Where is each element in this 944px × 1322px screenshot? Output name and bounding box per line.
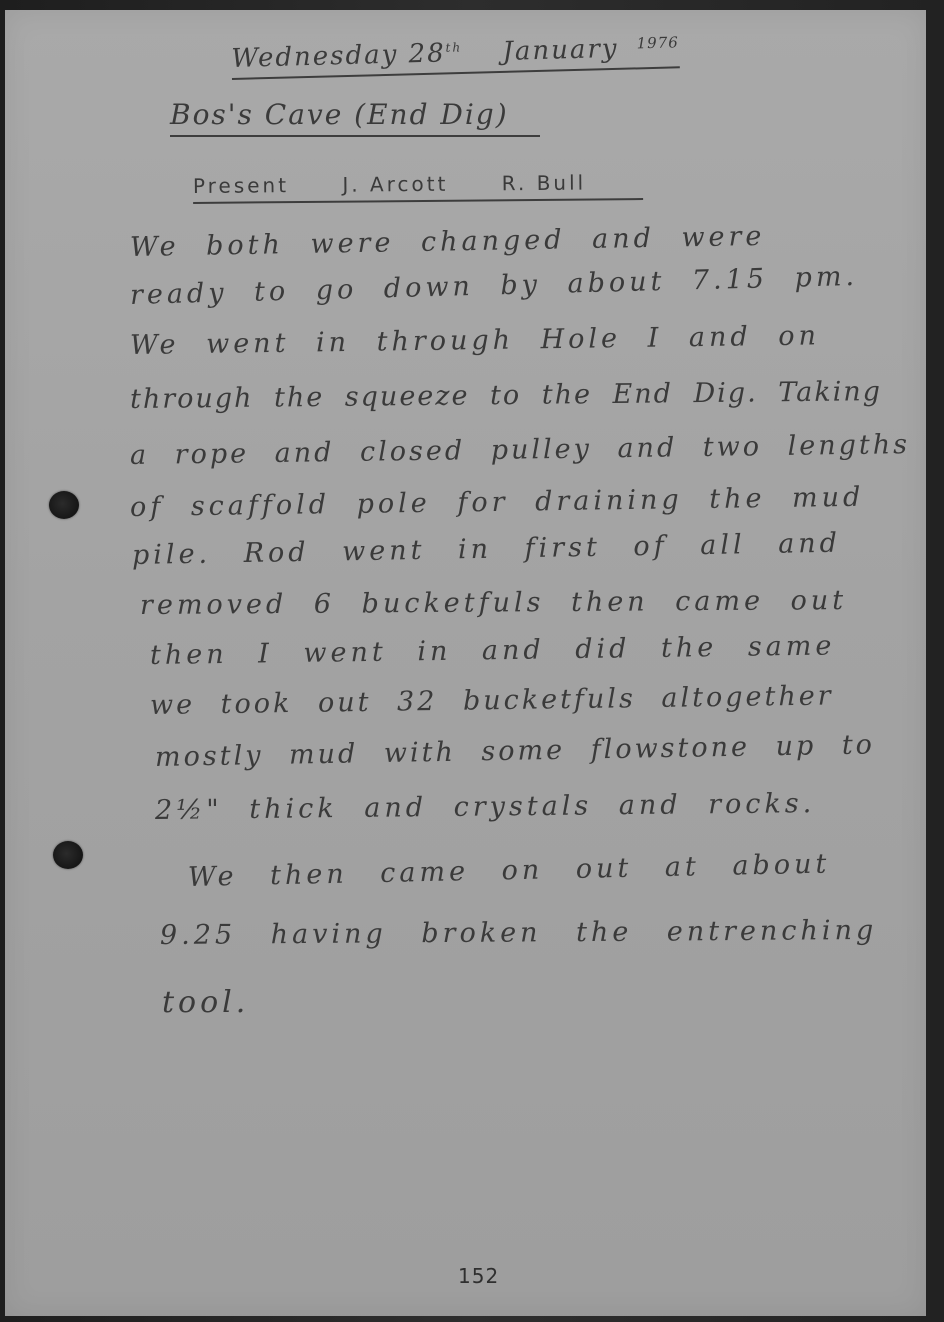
present-label: Present bbox=[193, 173, 289, 198]
present-person: J. Arcott bbox=[342, 172, 448, 197]
punch-hole bbox=[53, 841, 83, 869]
present-person: R. Bull bbox=[502, 171, 587, 196]
date-year: 1976 bbox=[636, 33, 679, 52]
body-line: removed 6 bucketfuls then came out bbox=[140, 585, 847, 621]
page-number: 152 bbox=[458, 1264, 499, 1288]
location-heading: Bos's Cave (End Dig) bbox=[170, 98, 540, 137]
date-ordinal: th bbox=[445, 40, 462, 54]
body-line: 9.25 having broken the entrenching bbox=[160, 915, 877, 951]
date-month: January bbox=[502, 34, 619, 67]
punch-hole bbox=[49, 491, 79, 519]
present-line: Present J. Arcott R. Bull bbox=[193, 170, 643, 204]
date-weekday-day: Wednesday 28 bbox=[231, 38, 446, 74]
body-line: tool. bbox=[162, 985, 249, 1020]
